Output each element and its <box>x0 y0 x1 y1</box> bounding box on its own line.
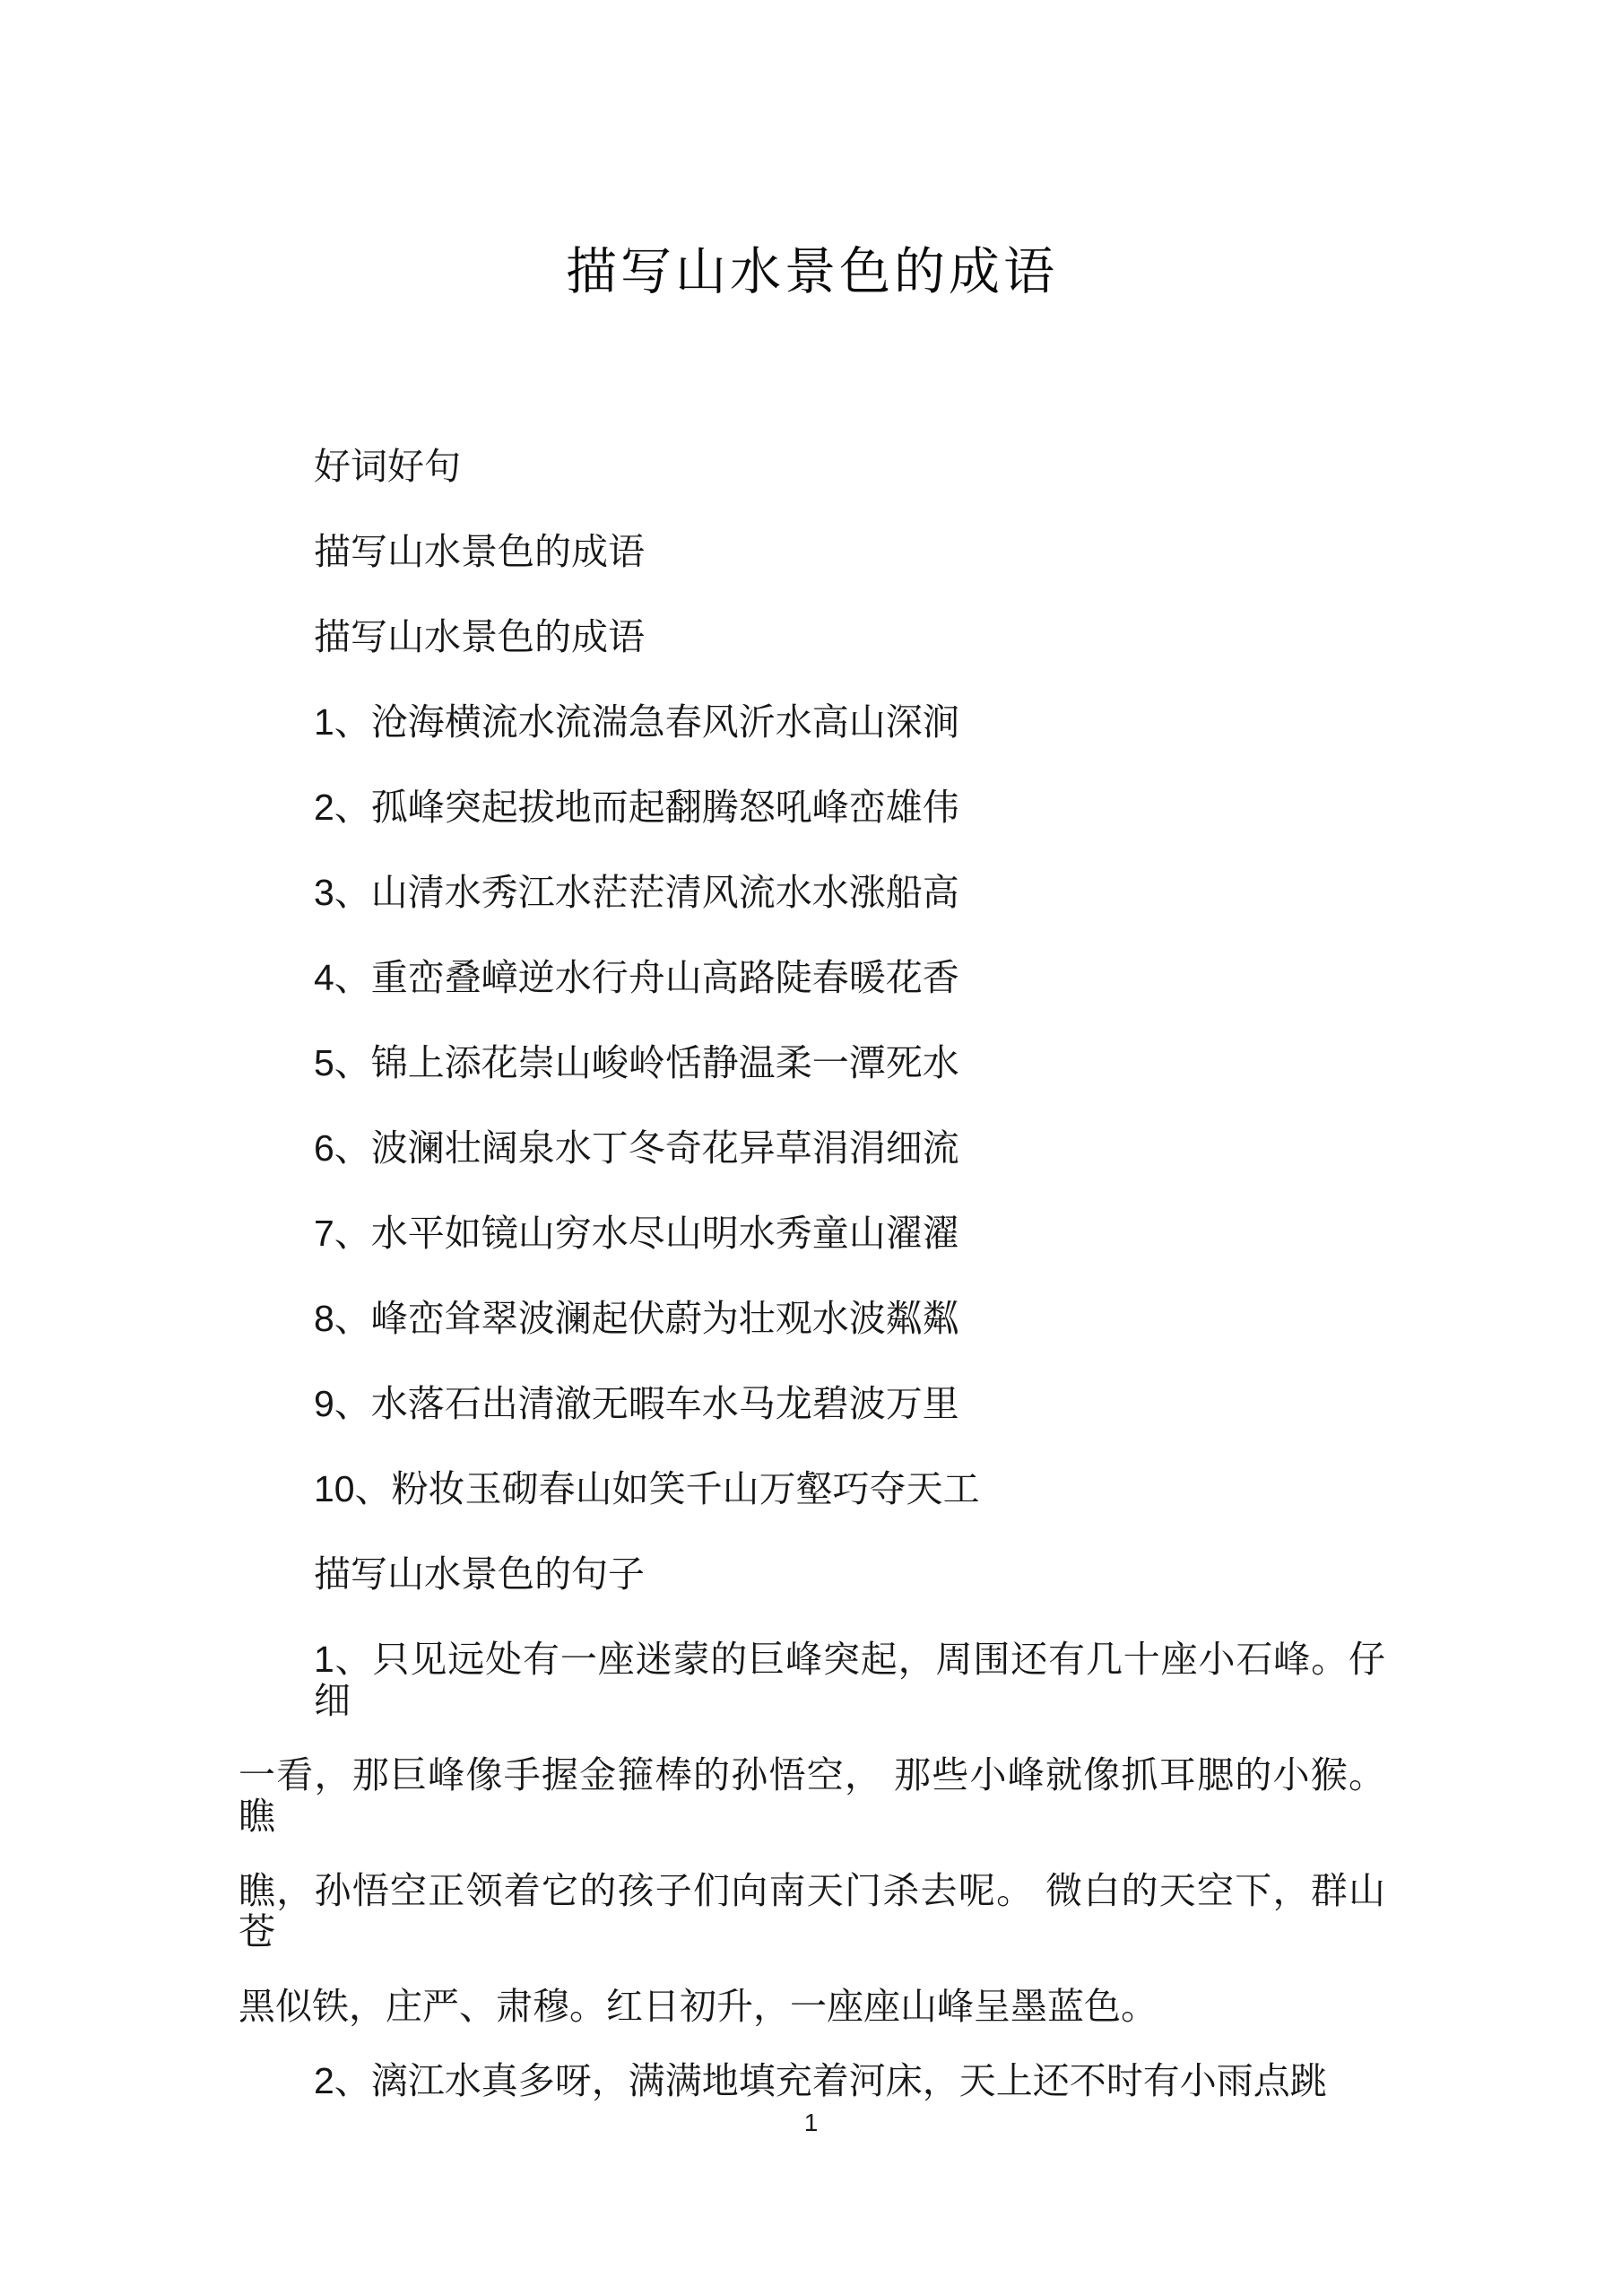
idiom-item-6: 6、波澜壮阔泉水丁冬奇花异草涓涓细流 <box>239 1127 1385 1169</box>
section-heading-idioms: 描写山水景色的成语 <box>239 531 1385 572</box>
idiom-item-10: 10、粉妆玉砌春山如笑千山万壑巧夺天工 <box>239 1468 1385 1509</box>
idiom-item-5: 5、锦上添花崇山峻岭恬静温柔一潭死水 <box>239 1042 1385 1083</box>
idiom-item-3: 3、山清水秀江水茫茫清风流水水涨船高 <box>239 872 1385 913</box>
sentence-1-line-1: 1、只见远处有一座迷蒙的巨峰突起，周围还有几十座小石峰。仔细 <box>239 1639 1385 1721</box>
sentence-section: 1、只见远处有一座迷蒙的巨峰突起，周围还有几十座小石峰。仔细 一看，那巨峰像手握… <box>239 1639 1385 2101</box>
page-title: 描写山水景色的成语 <box>239 244 1385 301</box>
idiom-item-8: 8、峰峦耸翠波澜起伏蔚为壮观水波粼粼 <box>239 1298 1385 1339</box>
document-page: 描写山水景色的成语 好词好句 描写山水景色的成语 描写山水景色的成语 1、沧海横… <box>0 0 1622 2296</box>
sentence-1-line-4: 黑似铁，庄严、肃穆。红日初升，一座座山峰呈墨蓝色。 <box>239 1986 1385 2027</box>
section-heading-idioms-repeat: 描写山水景色的成语 <box>239 616 1385 657</box>
idiom-item-4: 4、重峦叠嶂逆水行舟山高路陡春暖花香 <box>239 957 1385 998</box>
idiom-list-section: 好词好句 描写山水景色的成语 描写山水景色的成语 1、沧海横流水流湍急春风沂水高… <box>239 446 1385 1595</box>
idiom-item-1: 1、沧海横流水流湍急春风沂水高山深涧 <box>239 701 1385 743</box>
idiom-item-9: 9、水落石出清澈无暇车水马龙碧波万里 <box>239 1383 1385 1424</box>
idiom-item-2: 2、孤峰突起拔地而起翻腾怒吼峰峦雄伟 <box>239 787 1385 828</box>
sentence-2-line-1: 2、漓江水真多呀，满满地填充着河床，天上还不时有小雨点跳 <box>239 2060 1385 2101</box>
page-number: 1 <box>0 2109 1622 2137</box>
idiom-item-7: 7、水平如镜山穷水尽山明水秀童山濯濯 <box>239 1213 1385 1254</box>
document-content: 描写山水景色的成语 好词好句 描写山水景色的成语 描写山水景色的成语 1、沧海横… <box>239 0 1385 2135</box>
sentence-1-line-3: 瞧，孙悟空正领着它的孩子们向南天门杀去呢。 微白的天空下，群山苍 <box>239 1870 1385 1952</box>
section-heading-sentences: 描写山水景色的句子 <box>239 1553 1385 1595</box>
section-label-good-words: 好词好句 <box>239 446 1385 487</box>
sentence-1-line-2: 一看，那巨峰像手握金箍棒的孙悟空， 那些小峰就像抓耳腮的小猴。瞧 <box>239 1754 1385 1837</box>
